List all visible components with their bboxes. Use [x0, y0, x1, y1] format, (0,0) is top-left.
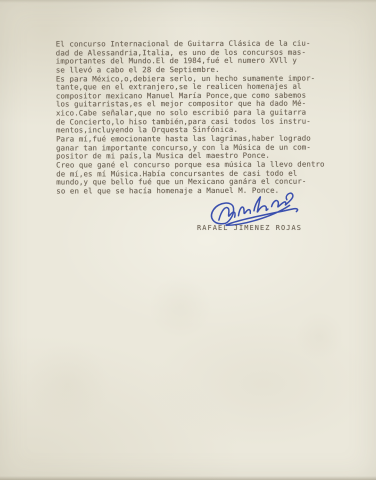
paper-edge-shadow — [0, 476, 376, 480]
scanned-letter-page: El concurso Internacional de Guitarra Cl… — [0, 0, 376, 480]
paper-top-edge-shadow — [0, 0, 376, 3]
typewritten-line: so en el que se hacía homenaje a Manuel … — [56, 186, 356, 196]
letter-body: El concurso Internacional de Guitarra Cl… — [56, 39, 357, 196]
signer-name: RAFAEL JIMENEZ ROJAS — [197, 224, 302, 232]
